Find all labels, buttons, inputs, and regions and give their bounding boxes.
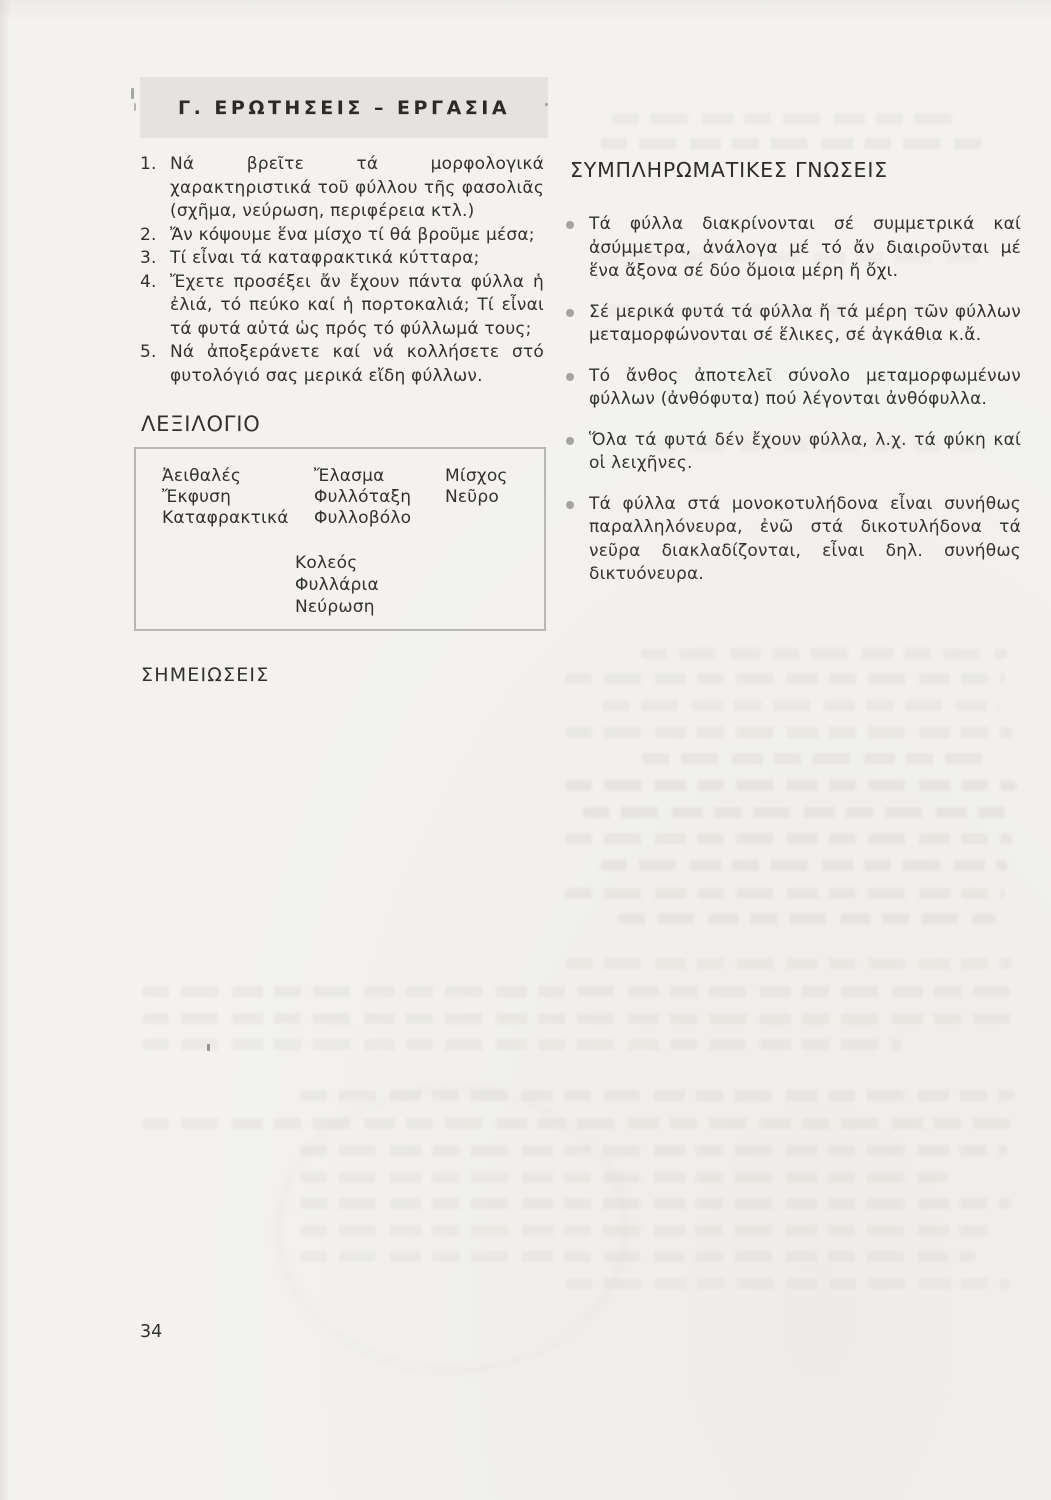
vocab-column-1: Ἀειθαλές Ἔκφυση Καταφρακτικά bbox=[162, 466, 314, 529]
scanned-textbook-page: Γ. ΕΡΩΤΗΣΕΙΣ – ΕΡΓΑΣΙΑ 1. Νά βρεῖτε τά μ… bbox=[0, 0, 1051, 1500]
bleedthrough-line bbox=[602, 700, 1000, 711]
section-header-band: Γ. ΕΡΩΤΗΣΕΙΣ – ΕΡΓΑΣΙΑ bbox=[140, 77, 548, 138]
vocab-term: Νεύρωση bbox=[295, 596, 379, 618]
bleedthrough-line bbox=[142, 1039, 902, 1050]
question-number: 2. bbox=[140, 224, 170, 248]
bleedthrough-line bbox=[565, 727, 1013, 738]
questions-list: 1. Νά βρεῖτε τά μορφολογικά χαρακτηριστι… bbox=[140, 153, 544, 388]
scan-speck bbox=[207, 1044, 210, 1051]
bleedthrough-line bbox=[142, 1118, 1020, 1129]
bullet-text: Ὅλα τά φυτά δέν ἔχουν φύλλα, λ.χ. τά φύκ… bbox=[589, 429, 1021, 476]
bleedthrough-line bbox=[565, 958, 1013, 969]
question-item: 2. Ἄν κόψουμε ἕνα μίσχο τί θά βροῦμε μέσ… bbox=[140, 224, 544, 248]
bullet-dot-icon bbox=[566, 373, 574, 381]
vocab-term: Φυλλοβόλο bbox=[314, 508, 445, 529]
bleedthrough-line bbox=[642, 753, 997, 764]
supplementary-bullet: Ὅλα τά φυτά δέν ἔχουν φύλλα, λ.χ. τά φύκ… bbox=[565, 429, 1021, 476]
vocab-term: Καταφρακτικά bbox=[162, 508, 314, 529]
question-text: Τί εἶναι τά καταφρακτικά κύτταρα; bbox=[170, 247, 544, 271]
question-item: 1. Νά βρεῖτε τά μορφολογικά χαρακτηριστι… bbox=[140, 153, 544, 224]
bleedthrough-line bbox=[618, 913, 996, 924]
supplementary-bullet: Τά φύλλα διακρίνονται σέ συμμετρικά καί … bbox=[565, 213, 1021, 284]
question-number: 1. bbox=[140, 153, 170, 224]
bleedthrough-line bbox=[565, 673, 1005, 684]
question-number: 5. bbox=[140, 341, 170, 388]
bullet-text: Τό ἄνθος ἀποτελεῖ σύνολο μεταμορφωμένων … bbox=[589, 365, 1021, 412]
bullet-dot-icon bbox=[566, 501, 574, 509]
supplementary-bullet: Τά φύλλα στά μονοκοτυλήδονα εἶναι συνήθω… bbox=[565, 493, 1021, 587]
bullet-text: Τά φύλλα διακρίνονται σέ συμμετρικά καί … bbox=[589, 213, 1021, 284]
bleedthrough-line bbox=[604, 304, 974, 315]
bleedthrough-line bbox=[582, 807, 1010, 818]
vocab-center-group: Κολεός Φυλλάρια Νεύρωση bbox=[295, 552, 379, 618]
bleedthrough-line bbox=[565, 780, 1017, 791]
question-text: Νά βρεῖτε τά μορφολογικά χαρακτηριστικά … bbox=[170, 153, 544, 224]
question-number: 4. bbox=[140, 271, 170, 342]
question-item: 4. Ἔχετε προσέξει ἄν ἔχουν πάντα φύλλα ἡ… bbox=[140, 271, 544, 342]
page-number: 34 bbox=[140, 1322, 162, 1342]
vocabulary-box: Ἀειθαλές Ἔκφυση Καταφρακτικά Ἔλασμα Φυλλ… bbox=[134, 447, 546, 631]
supplementary-title: ΣΥΜΠΛΗΡΩΜΑΤΙΚΕΣ ΓΝΩΣΕΙΣ bbox=[570, 158, 1021, 182]
question-text: Ἄν κόψουμε ἕνα μίσχο τί θά βροῦμε μέσα; bbox=[170, 224, 544, 248]
bleedthrough-line bbox=[565, 1278, 1010, 1289]
question-item: 3. Τί εἶναι τά καταφρακτικά κύτταρα; bbox=[140, 247, 544, 271]
question-text: Ἔχετε προσέξει ἄν ἔχουν πάντα φύλλα ἡ ἐλ… bbox=[170, 271, 544, 342]
bleedthrough-line bbox=[650, 440, 980, 451]
scan-speck bbox=[134, 103, 136, 111]
bleedthrough-line bbox=[142, 1013, 1020, 1024]
bleedthrough-line bbox=[640, 648, 1008, 659]
bleedthrough-line bbox=[612, 113, 967, 124]
vocab-column-3: Μίσχος Νεῦρο bbox=[445, 466, 508, 529]
bleedthrough-line bbox=[600, 860, 1008, 871]
scan-speck bbox=[545, 103, 548, 106]
vocab-term: Φυλλάρια bbox=[295, 574, 379, 596]
bleedthrough-line bbox=[600, 138, 982, 149]
vocab-term: Κολεός bbox=[295, 552, 379, 574]
notes-title: ΣΗΜΕΙΩΣΕΙΣ bbox=[141, 664, 269, 686]
vocab-term: Φυλλόταξη bbox=[314, 487, 445, 508]
bullet-text: Τά φύλλα στά μονοκοτυλήδονα εἶναι συνήθω… bbox=[589, 493, 1021, 587]
bullet-dot-icon bbox=[566, 309, 574, 317]
vocabulary-title: ΛΕΞΙΛΟΓΙΟ bbox=[141, 412, 261, 436]
bleedthrough-line bbox=[592, 252, 987, 263]
vocab-term: Ἔκφυση bbox=[162, 487, 314, 508]
scan-speck bbox=[131, 88, 134, 99]
question-item: 5. Νά ἀποξεράνετε καί νά κολλήσετε στό φ… bbox=[140, 341, 544, 388]
question-number: 3. bbox=[140, 247, 170, 271]
section-header-title: Γ. ΕΡΩΤΗΣΕΙΣ – ΕΡΓΑΣΙΑ bbox=[178, 97, 510, 119]
bleedthrough-line bbox=[142, 986, 1010, 997]
bleedthrough-line bbox=[565, 888, 1005, 899]
vocab-term: Ἀειθαλές bbox=[162, 466, 314, 487]
vocab-column-2: Ἔλασμα Φυλλόταξη Φυλλοβόλο bbox=[314, 466, 445, 529]
bleedthrough-figure bbox=[275, 1085, 629, 1374]
bullet-dot-icon bbox=[566, 221, 574, 229]
bullet-dot-icon bbox=[566, 437, 574, 445]
vocabulary-columns: Ἀειθαλές Ἔκφυση Καταφρακτικά Ἔλασμα Φυλλ… bbox=[162, 466, 508, 529]
supplementary-section: ΣΥΜΠΛΗΡΩΜΑΤΙΚΕΣ ΓΝΩΣΕΙΣ Τά φύλλα διακρίν… bbox=[565, 158, 1021, 604]
bleedthrough-line bbox=[565, 833, 1013, 844]
vocab-term: Μίσχος bbox=[445, 466, 508, 487]
vocab-term: Ἔλασμα bbox=[314, 466, 445, 487]
supplementary-bullet: Τό ἄνθος ἀποτελεῖ σύνολο μεταμορφωμένων … bbox=[565, 365, 1021, 412]
question-text: Νά ἀποξεράνετε καί νά κολλήσετε στό φυτο… bbox=[170, 341, 544, 388]
vocab-term: Νεῦρο bbox=[445, 487, 508, 508]
